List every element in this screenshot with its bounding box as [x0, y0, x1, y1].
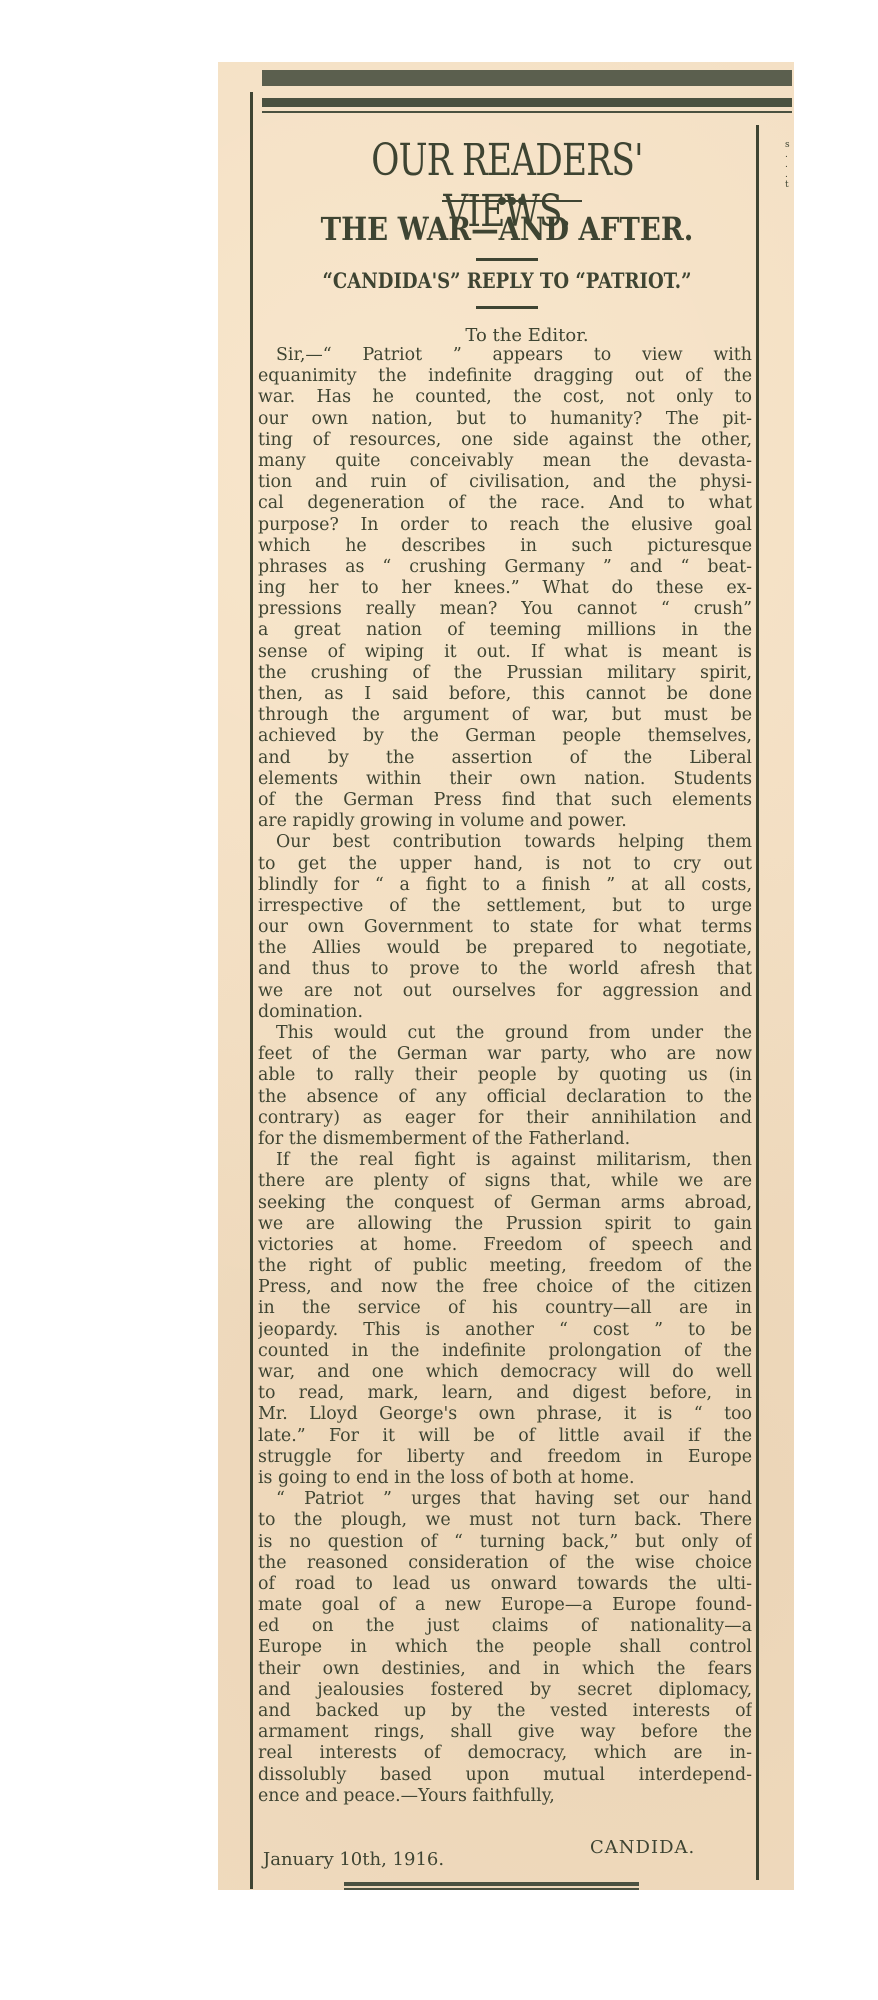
body-line: phrases as “ crushing Germany ” and “ be…: [258, 557, 752, 578]
ornament-dot: [508, 197, 516, 205]
body-line: and backed up by the vested interests of: [258, 1701, 752, 1722]
body-line: the absence of any official declaration …: [258, 1087, 752, 1108]
top-double-rule: [262, 98, 792, 107]
body-line: Our best contribution towards helping th…: [258, 832, 752, 853]
body-line: our own nation, but to humanity? The pit…: [258, 409, 752, 430]
adjacent-column-fragment: s . . . t: [785, 140, 793, 190]
body-line: the right of public meeting, freedom of …: [258, 1256, 752, 1277]
right-column-rule: [756, 125, 759, 1880]
short-divider: [476, 306, 538, 309]
body-line: seeking the conquest of German arms abro…: [258, 1193, 752, 1214]
body-line: struggle for liberty and freedom in Euro…: [258, 1447, 752, 1468]
body-line: and thus to prove to the world afresh th…: [258, 959, 752, 980]
body-line: achieved by the German people themselves…: [258, 726, 752, 747]
short-divider: [476, 258, 538, 261]
body-line: ence and peace.—Yours faithfully,: [258, 1786, 752, 1807]
body-line: Mr. Lloyd George's own phrase, it is “ t…: [258, 1404, 752, 1425]
left-column-rule: [250, 92, 253, 1889]
body-line: This would cut the ground from under the: [258, 1023, 752, 1044]
body-line: of the German Press find that such eleme…: [258, 790, 752, 811]
dateline: January 10th, 1916.: [263, 1849, 444, 1870]
body-line: “ Patriot ” urges that having set our ha…: [258, 1489, 752, 1510]
body-line: which he describes in such picturesque: [258, 536, 752, 557]
ornament-dot: [518, 197, 526, 205]
body-line: sense of wiping it out. If what is meant…: [258, 642, 752, 663]
body-line: there are plenty of signs that, while we…: [258, 1171, 752, 1192]
body-line: blindly for “ a fight to a finish ” at a…: [258, 875, 752, 896]
body-line: is going to end in the loss of both at h…: [258, 1468, 752, 1489]
body-line: mate goal of a new Europe—a Europe found…: [258, 1595, 752, 1616]
body-line: in the service of his country—all are in: [258, 1298, 752, 1319]
body-line: of road to lead us onward towards the ul…: [258, 1574, 752, 1595]
body-line: purpose? In order to reach the elusive g…: [258, 515, 752, 536]
body-line: ing her to her knees.” What do these ex-: [258, 578, 752, 599]
body-line: the crushing of the Prussian military sp…: [258, 663, 752, 684]
body-line: a great nation of teeming millions in th…: [258, 620, 752, 641]
body-line: war. Has he counted, the cost, not only …: [258, 387, 752, 408]
body-line: domination.: [258, 1002, 752, 1023]
body-line: dissolubly based upon mutual interdepend…: [258, 1765, 752, 1786]
body-line: feet of the German war party, who are no…: [258, 1044, 752, 1065]
body-line: and jealousies fostered by secret diplom…: [258, 1680, 752, 1701]
ornament-divider: [442, 197, 582, 205]
body-line: to read, mark, learn, and digest before,…: [258, 1383, 752, 1404]
subheadline: THE WAR—AND AFTER.: [296, 210, 717, 248]
body-line: jeopardy. This is another “ cost ” to be: [258, 1320, 752, 1341]
body-line: war, and one which democracy will do wel…: [258, 1362, 752, 1383]
body-line: many quite conceivably mean the devasta-: [258, 451, 752, 472]
body-line: armament rings, shall give way before th…: [258, 1722, 752, 1743]
body-line: pressions really mean? You cannot “ crus…: [258, 599, 752, 620]
salutation: To the Editor.: [262, 325, 752, 346]
body-line: to the plough, we must not turn back. Th…: [258, 1510, 752, 1531]
body-line: victories at home. Freedom of speech and: [258, 1235, 752, 1256]
body-line: If the real fight is against militarism,…: [258, 1150, 752, 1171]
body-line: ed on the just claims of nationality—a: [258, 1616, 752, 1637]
body-line: contrary) as eager for their annihilatio…: [258, 1108, 752, 1129]
body-line: elements within their own nation. Studen…: [258, 769, 752, 790]
body-line: irrespective of the settlement, but to u…: [258, 896, 752, 917]
ornament-dot: [498, 197, 506, 205]
body-line: is no question of “ turning back,” but o…: [258, 1532, 752, 1553]
body-line: ting of resources, one side against the …: [258, 430, 752, 451]
body-line: we are not out ourselves for aggression …: [258, 981, 752, 1002]
body-line: for the dismemberment of the Fatherland.: [258, 1129, 752, 1150]
bottom-thin-rule: [344, 1888, 639, 1890]
body-line: real interests of democracy, which are i…: [258, 1743, 752, 1764]
body-line: counted in the indefinite prolongation o…: [258, 1341, 752, 1362]
byline: “CANDIDA'S” REPLY TO “PATRIOT.”: [296, 268, 717, 293]
body-line: able to rally their people by quoting us…: [258, 1065, 752, 1086]
top-thin-rule: [262, 111, 792, 113]
body-line: cal degeneration of the race. And to wha…: [258, 493, 752, 514]
body-line: late.” For it will be of little avail if…: [258, 1426, 752, 1447]
top-heavy-rule: [262, 70, 792, 86]
body-line: through the argument of war, but must be: [258, 705, 752, 726]
signature: CANDIDA.: [590, 1837, 695, 1858]
bottom-rule: [344, 1882, 639, 1886]
body-line: we are allowing the Prussion spirit to g…: [258, 1214, 752, 1235]
body-line: to get the upper hand, is not to cry out: [258, 854, 752, 875]
body-line: equanimity the indefinite dragging out o…: [258, 366, 752, 387]
body-line: then, as I said before, this cannot be d…: [258, 684, 752, 705]
body-line: Sir,—“ Patriot ” appears to view with: [258, 345, 752, 366]
body-line: Press, and now the free choice of the ci…: [258, 1277, 752, 1298]
letter-body: Sir,—“ Patriot ” appears to view withequ…: [258, 345, 752, 1807]
body-line: are rapidly growing in volume and power.: [258, 811, 752, 832]
body-line: Europe in which the people shall control: [258, 1637, 752, 1658]
body-line: their own destinies, and in which the fe…: [258, 1659, 752, 1680]
body-line: the Allies would be prepared to negotiat…: [258, 938, 752, 959]
body-line: tion and ruin of civilisation, and the p…: [258, 472, 752, 493]
body-line: our own Government to state for what ter…: [258, 917, 752, 938]
body-line: and by the assertion of the Liberal: [258, 748, 752, 769]
body-line: the reasoned consideration of the wise c…: [258, 1553, 752, 1574]
